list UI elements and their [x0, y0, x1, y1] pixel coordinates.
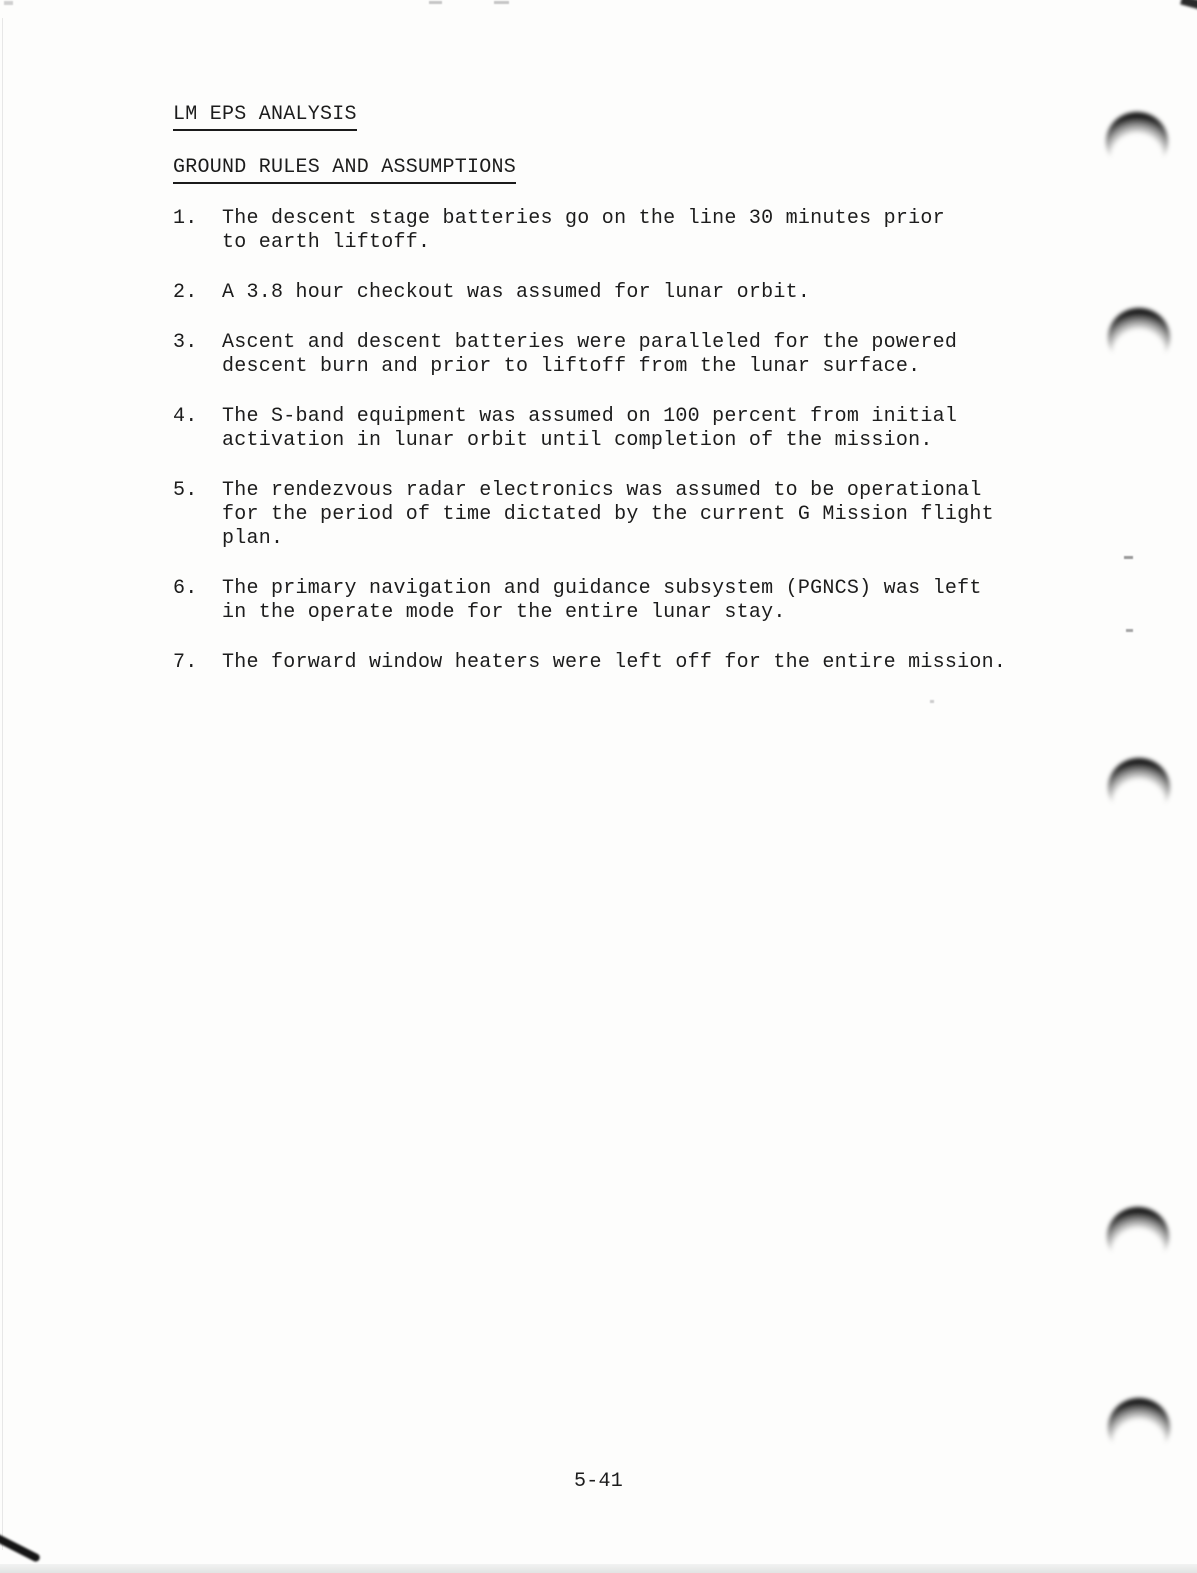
scan-speck	[429, 1, 442, 4]
list-item: 1. The descent stage batteries go on the…	[173, 207, 1043, 255]
list-item-number: 5.	[173, 479, 222, 551]
text-line: plan.	[222, 527, 1043, 551]
text-line: The S-band equipment was assumed on 100 …	[222, 405, 1043, 429]
scan-speck	[1126, 629, 1133, 632]
binder-hole-shadow	[1108, 1398, 1170, 1458]
list-item-number: 1.	[173, 207, 222, 255]
text-line: descent burn and prior to liftoff from t…	[222, 355, 1043, 379]
scan-edge-band	[0, 1564, 1197, 1573]
text-line: The forward window heaters were left off…	[222, 651, 1043, 675]
list-item-number: 7.	[173, 651, 222, 675]
list-item-text: The S-band equipment was assumed on 100 …	[222, 405, 1043, 453]
list-item-number: 2.	[173, 281, 222, 305]
text-line: A 3.8 hour checkout was assumed for luna…	[222, 281, 1043, 305]
heading-row: GROUND RULES AND ASSUMPTIONS	[173, 156, 1043, 184]
list-item: 5. The rendezvous radar electronics was …	[173, 479, 1043, 551]
scan-speck	[494, 1, 509, 4]
list-item-number: 6.	[173, 577, 222, 625]
text-line: in the operate mode for the entire lunar…	[222, 601, 1043, 625]
binder-hole-shadow	[1108, 758, 1170, 818]
list-item-text: The descent stage batteries go on the li…	[222, 207, 1043, 255]
binder-hole-shadow	[1106, 112, 1168, 172]
scan-smudge-mark	[1180, 0, 1197, 9]
text-line: for the period of time dictated by the c…	[222, 503, 1043, 527]
list-item: 3. Ascent and descent batteries were par…	[173, 331, 1043, 379]
document-body: LM EPS ANALYSIS GROUND RULES AND ASSUMPT…	[173, 103, 1043, 701]
section-heading: GROUND RULES AND ASSUMPTIONS	[173, 156, 516, 184]
list-item-text: A 3.8 hour checkout was assumed for luna…	[222, 281, 1043, 305]
list-item-text: The rendezvous radar electronics was ass…	[222, 479, 1043, 551]
scan-smudge-mark	[0, 1533, 41, 1563]
list-item: 6. The primary navigation and guidance s…	[173, 577, 1043, 625]
scan-speck	[4, 1, 13, 5]
binder-hole-shadow	[1107, 1207, 1169, 1267]
text-line: The rendezvous radar electronics was ass…	[222, 479, 1043, 503]
text-line: to earth liftoff.	[222, 231, 1043, 255]
text-line: The primary navigation and guidance subs…	[222, 577, 1043, 601]
page-number: 5-41	[0, 1470, 1197, 1493]
scanned-document-page: LM EPS ANALYSIS GROUND RULES AND ASSUMPT…	[0, 0, 1197, 1573]
page-title: LM EPS ANALYSIS	[173, 103, 357, 131]
list-item: 7. The forward window heaters were left …	[173, 651, 1043, 675]
list-item: 2. A 3.8 hour checkout was assumed for l…	[173, 281, 1043, 305]
title-row: LM EPS ANALYSIS	[173, 103, 1043, 131]
list-item-text: Ascent and descent batteries were parall…	[222, 331, 1043, 379]
scan-speck	[1124, 556, 1133, 559]
list-item-text: The forward window heaters were left off…	[222, 651, 1043, 675]
list-item-number: 4.	[173, 405, 222, 453]
text-line: activation in lunar orbit until completi…	[222, 429, 1043, 453]
text-line: Ascent and descent batteries were parall…	[222, 331, 1043, 355]
list-item-number: 3.	[173, 331, 222, 379]
binder-hole-shadow	[1108, 308, 1170, 368]
text-line: The descent stage batteries go on the li…	[222, 207, 1043, 231]
scan-speck	[930, 700, 934, 703]
list-item: 4. The S-band equipment was assumed on 1…	[173, 405, 1043, 453]
page-edge-line	[2, 18, 3, 1550]
list-item-text: The primary navigation and guidance subs…	[222, 577, 1043, 625]
